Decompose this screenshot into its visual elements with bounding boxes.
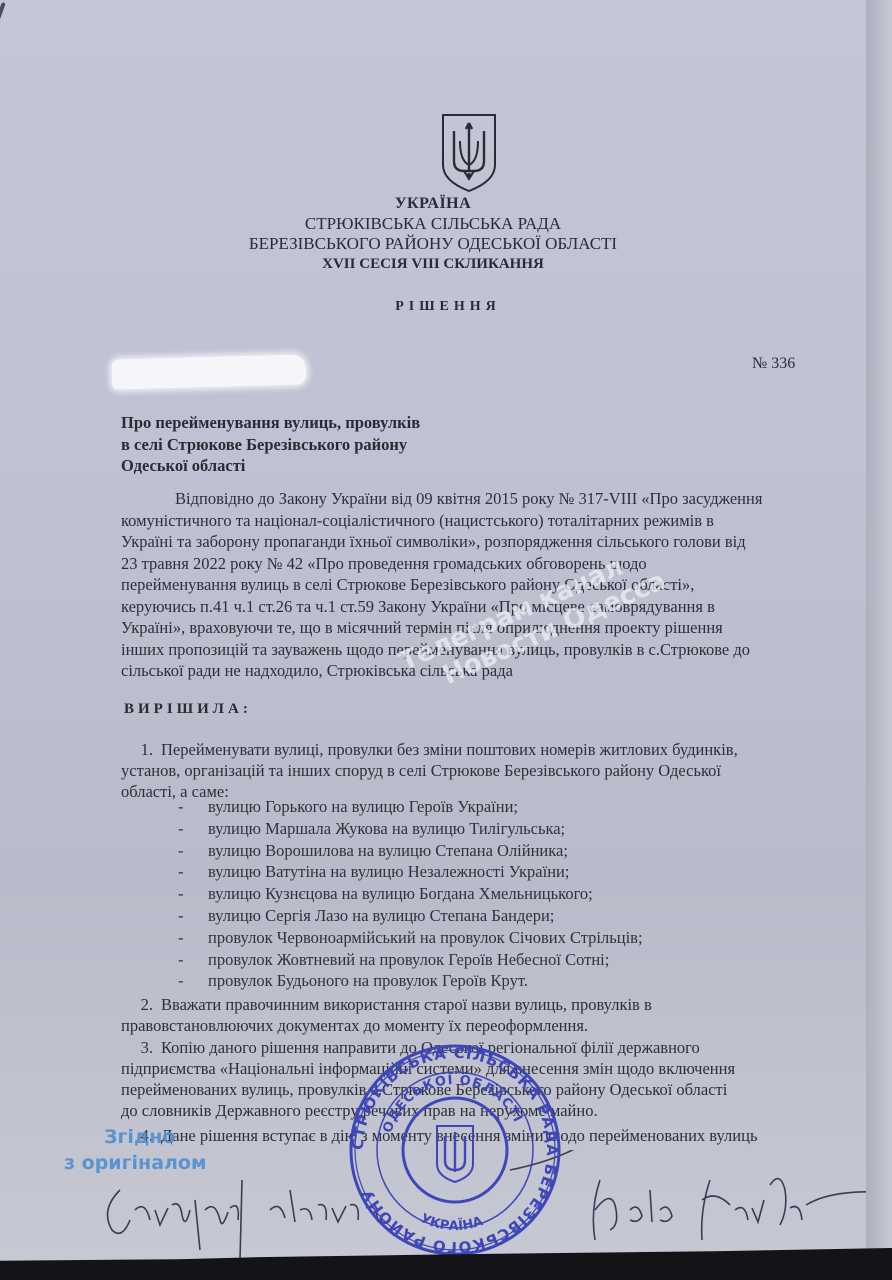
preamble-line: 23 травня 2022 року № 42 «Про проведення… (121, 553, 821, 575)
item-line: установ, організацій та інших споруд в с… (121, 760, 721, 782)
list-item: -вулицю Кузнєцова на вулицю Богдана Хмел… (178, 883, 643, 905)
trident-coat-of-arms-icon (440, 113, 498, 193)
preamble-line: Україні», враховуючи те, що в місячний т… (121, 617, 821, 639)
item-number: 3. (121, 1037, 153, 1059)
document-number: № 336 (752, 355, 795, 373)
preamble-line: інших пропозицій та зауважень щодо перей… (121, 639, 821, 661)
subject-line: в селі Стрюкове Березівського району (121, 434, 420, 456)
list-item: -вулицю Ватутіна на вулицю Незалежності … (178, 861, 643, 883)
document-page: УКРАЇНА СТРЮКІВСЬКА СІЛЬСЬКА РАДА БЕРЕЗІ… (0, 0, 866, 1262)
item-line: Перейменувати вулиці, провулки без зміни… (161, 740, 738, 759)
preamble-line: перейменування вулиць в селі Стрюкове Бе… (121, 574, 821, 596)
subject-line: Одеської області (121, 455, 420, 477)
decision-subject: Про перейменування вулиць, провулків в с… (121, 412, 420, 477)
preamble-line: сільської ради не надходило, Стрюківська… (121, 660, 821, 682)
subject-line: Про перейменування вулиць, провулків (121, 412, 420, 434)
list-item: -вулицю Маршала Жукова на вулицю Тилігул… (178, 818, 643, 840)
header-council: СТРЮКІВСЬКА СІЛЬСЬКА РАДА (0, 214, 866, 234)
header-country: УКРАЇНА (0, 195, 866, 213)
item-number: 1. (121, 739, 153, 761)
official-round-seal: СТРЮКІВСЬКА СІЛЬСЬКА РАДА БЕРЕЗІВСЬКОГО … (345, 1040, 565, 1260)
preamble-paragraph: Відповідно до Закону України від 09 квіт… (121, 488, 821, 682)
item-number: 2. (121, 994, 153, 1016)
header-session: XVII СЕСІЯ VIII СКЛИКАННЯ (0, 256, 866, 273)
item-line: правовстановлюючих документах до моменту… (121, 1015, 588, 1037)
list-item: -вулицю Горького на вулицю Героїв Україн… (178, 796, 643, 818)
list-item: -провулок Жовтневий на провулок Героїв Н… (178, 949, 643, 971)
header-district: БЕРЕЗІВСЬКОГО РАЙОНУ ОДЕСЬКОЇ ОБЛАСТІ (0, 234, 866, 254)
decision-item-2: 2.Вважати правочинним використання старо… (121, 994, 652, 1016)
svg-text:УКРАЇНА: УКРАЇНА (418, 1211, 485, 1234)
redacted-date (112, 354, 307, 389)
staple (0, 2, 6, 48)
list-item: -вулицю Сергія Лазо на вулицю Степана Ба… (178, 905, 643, 927)
decision-item-1: 1.Перейменувати вулиці, провулки без змі… (121, 739, 738, 761)
preamble-line: Україні та заборону пропаганди їхньої си… (121, 531, 821, 553)
page-edge-shadow (866, 0, 892, 1262)
list-item: -вулицю Ворошилова на вулицю Степана Олі… (178, 840, 643, 862)
list-item: -провулок Будьоного на провулок Героїв К… (178, 970, 643, 992)
preamble-line: комуністичного та націонал-соціалістично… (121, 510, 821, 532)
decided-heading: ВИРІШИЛА: (124, 701, 252, 718)
document-type-title: РІШЕННЯ (15, 299, 866, 315)
list-item: -провулок Червоноармійський на провулок … (178, 927, 643, 949)
preamble-line: керуючись п.41 ч.1 ст.26 та ч.1 ст.59 За… (121, 596, 821, 618)
rename-list: -вулицю Горького на вулицю Героїв Україн… (178, 796, 643, 992)
preamble-line: Відповідно до Закону України від 09 квіт… (121, 488, 821, 510)
item-line: Вважати правочинним використання старої … (161, 995, 652, 1014)
